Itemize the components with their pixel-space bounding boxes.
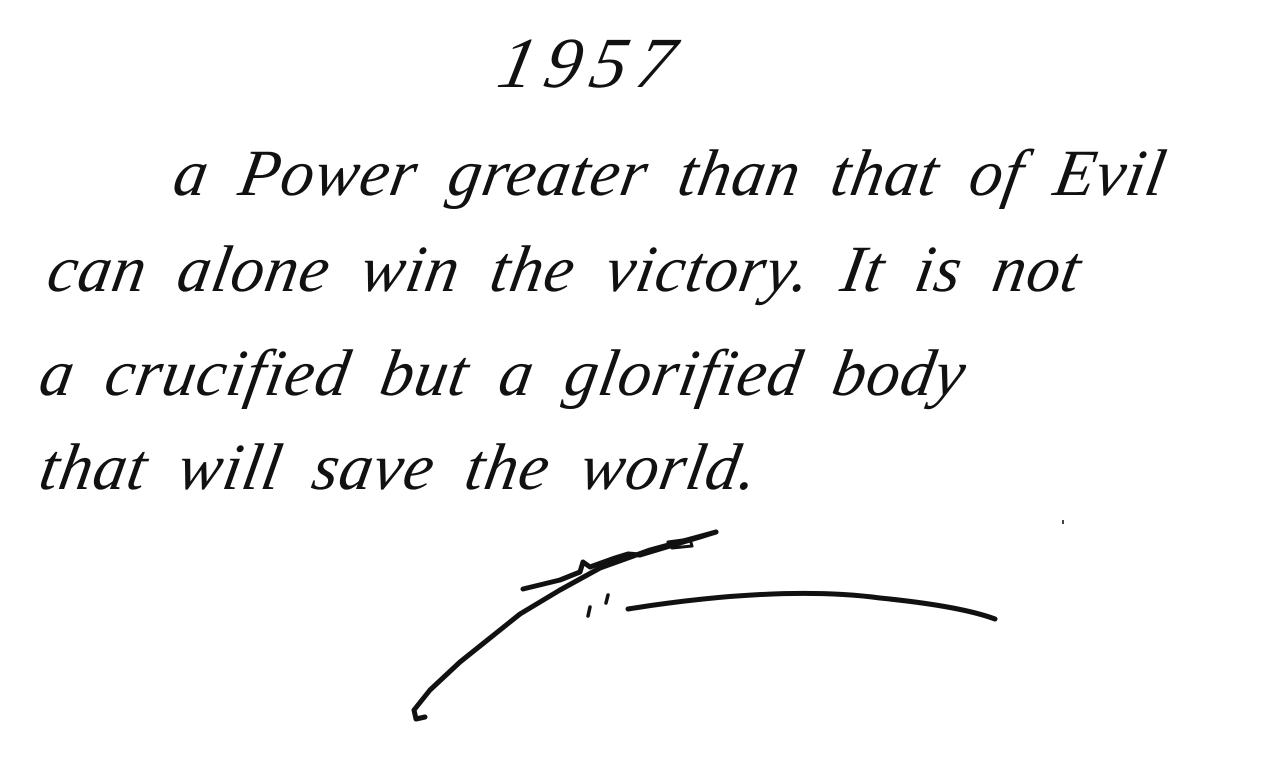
paper-speck	[1062, 520, 1064, 524]
text-line-1: a Power greater than that of Evil	[168, 136, 1172, 212]
text-line-2: can alone win the victory. It is not	[42, 232, 1088, 308]
year-heading: 1957	[491, 22, 693, 105]
signature	[400, 510, 1180, 740]
text-line-3: a crucified but a glorified body	[34, 336, 972, 412]
text-line-4: that will save the world.	[34, 430, 765, 506]
